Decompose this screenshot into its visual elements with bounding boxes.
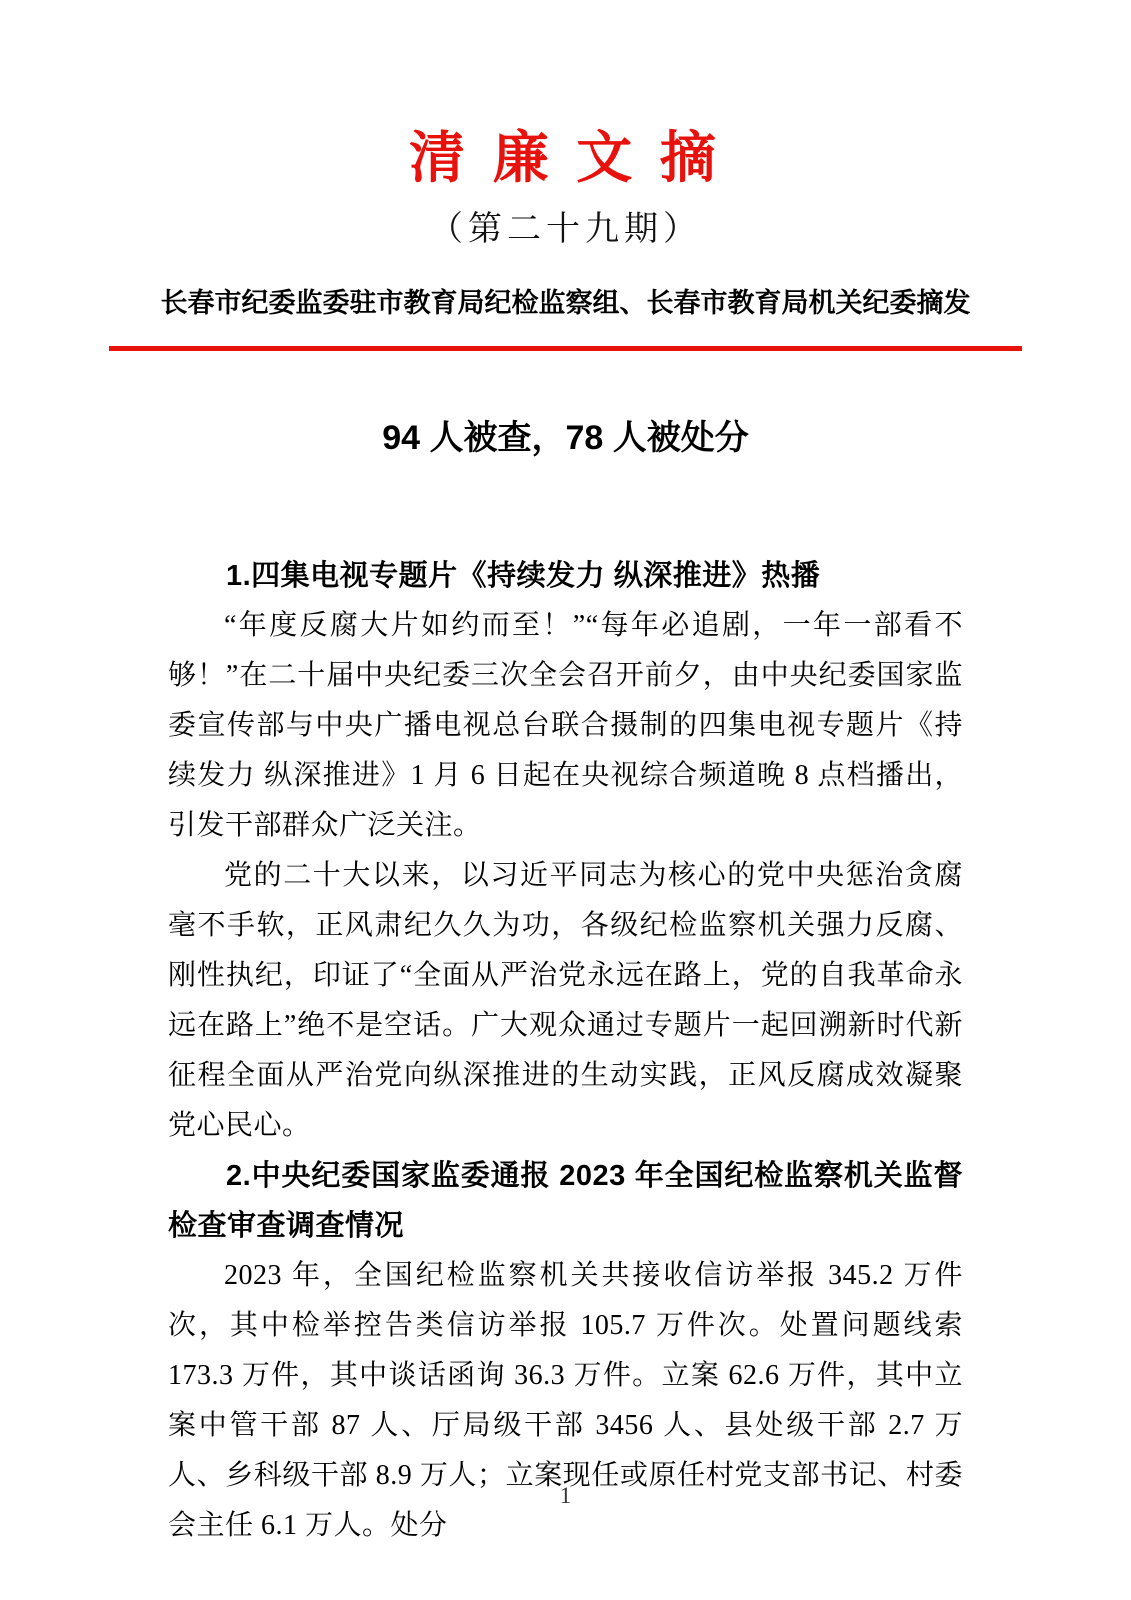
section-2-heading: 2.中央纪委国家监委通报 2023 年全国纪检监察机关监督检查审查调查情况 (168, 1151, 963, 1251)
source-line: 长春市纪委监委驻市教育局纪检监察组、长春市教育局机关纪委摘发 (0, 286, 1131, 320)
article-body: 1.四集电视专题片《持续发力 纵深推进》热播 “年度反腐大片如约而至！”“每年必… (168, 551, 963, 1551)
issue-number: （第二十九期） (0, 208, 1131, 250)
section-1-paragraph-2: 党的二十大以来，以习近平同志为核心的党中央惩治贪腐毫不手软，正风肃纪久久为功，各… (168, 851, 963, 1151)
red-divider (109, 346, 1022, 351)
section-1-paragraph-1: “年度反腐大片如约而至！”“每年必追剧，一年一部看不够！”在二十届中央纪委三次全… (168, 601, 963, 851)
page-footer: 1 (0, 1482, 1131, 1510)
document-page: 清 廉 文 摘 （第二十九期） 长春市纪委监委驻市教育局纪检监察组、长春市教育局… (0, 0, 1131, 1600)
section-1-heading: 1.四集电视专题片《持续发力 纵深推进》热播 (168, 551, 963, 601)
doc-title: 清 廉 文 摘 (0, 0, 1131, 188)
page-number: 1 (560, 1483, 572, 1508)
masthead: 清 廉 文 摘 （第二十九期） 长春市纪委监委驻市教育局纪检监察组、长春市教育局… (0, 0, 1131, 351)
article-title: 94 人被查，78 人被处分 (0, 415, 1131, 461)
